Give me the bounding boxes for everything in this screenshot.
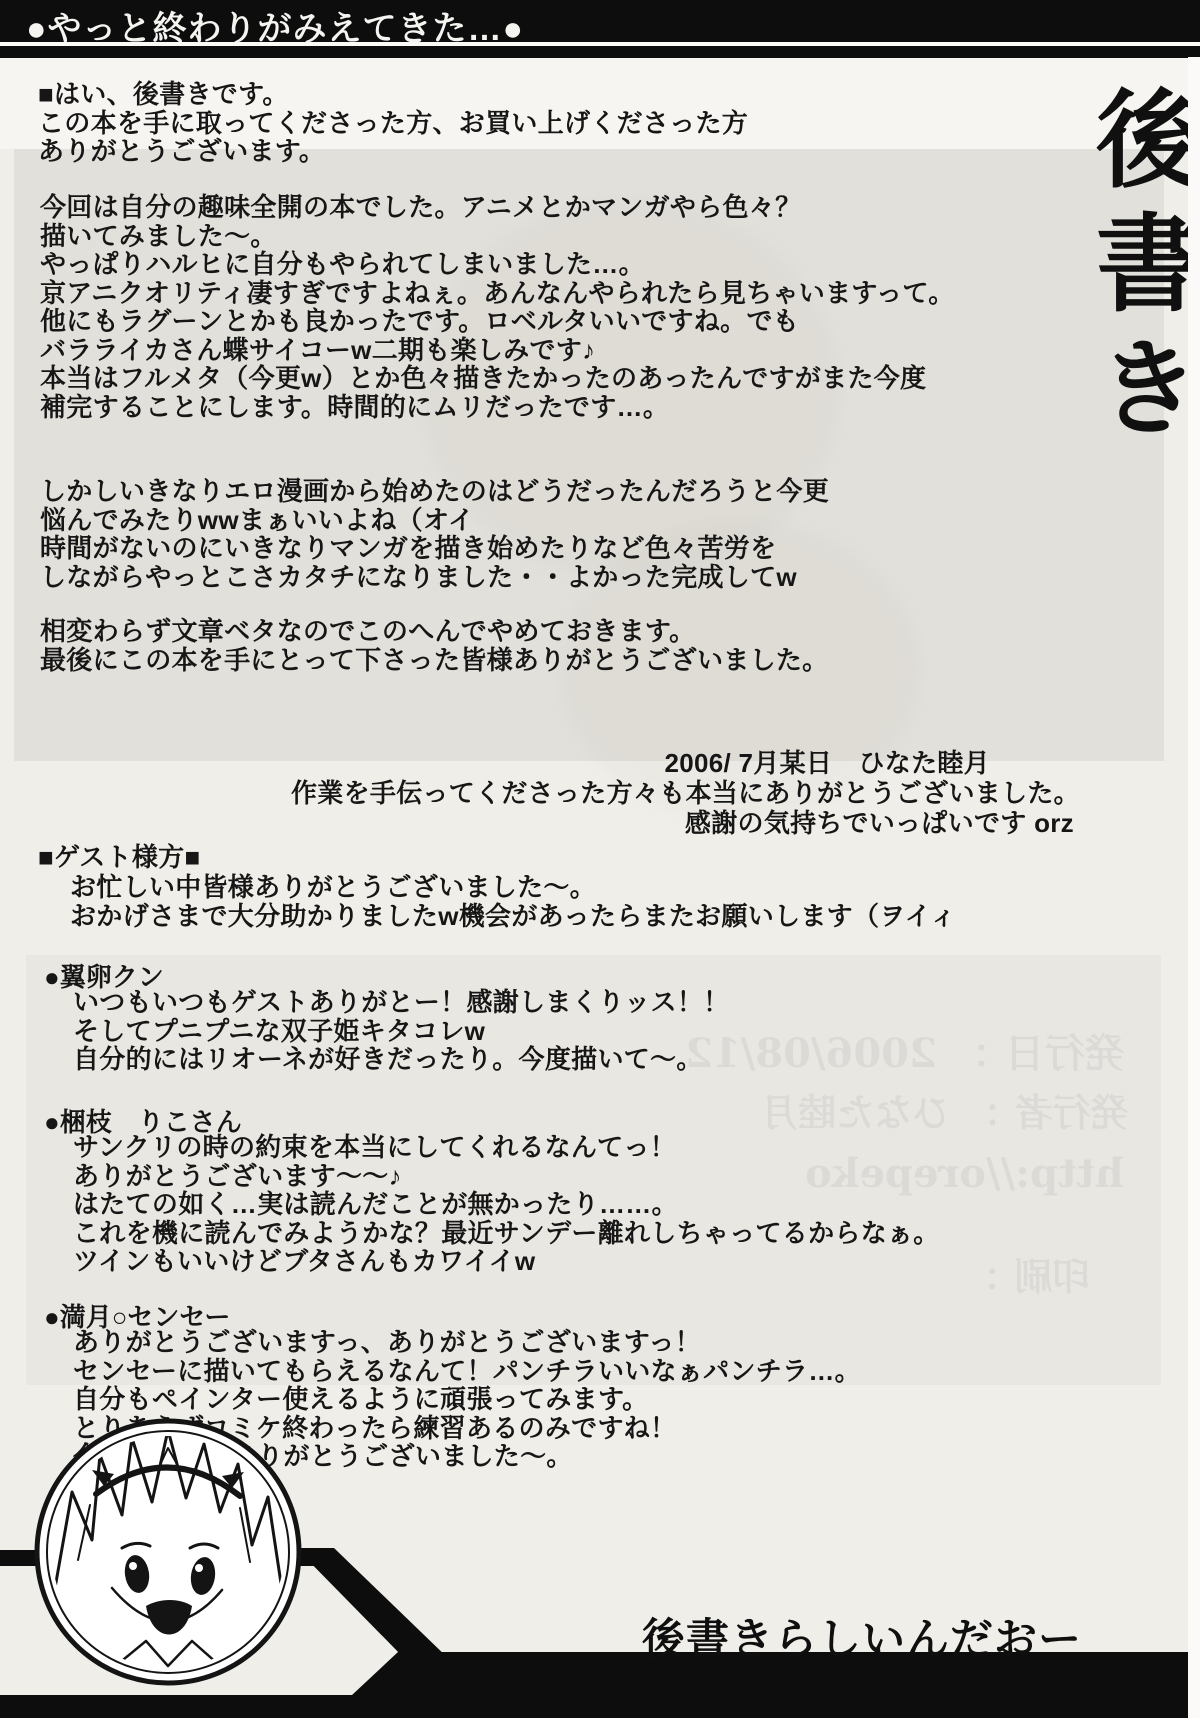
text-line: 自分的にはリオーネが好きだったり。今度描いて～。 bbox=[73, 1045, 729, 1074]
text-line: お忙しい中皆様ありがとうございました～。 bbox=[70, 873, 956, 902]
bleedthrough-text-4: 印刷 ： bbox=[963, 1246, 1090, 1301]
text-line: これを機に読んでみようかな？最近サンデー離れしちゃってるからなぁ。 bbox=[73, 1219, 940, 1248]
page-edge bbox=[1188, 57, 1200, 1718]
text-line: 最後にこの本を手にとって下さった皆様ありがとうございました。 bbox=[40, 646, 828, 675]
side-title-vertical: 後書き bbox=[1076, 84, 1194, 504]
text-line: しかしいきなりエロ漫画から始めたのはどうだったんだろうと今更 bbox=[40, 477, 829, 506]
text-line: バラライカさん蝶サイコーw二期も楽しみです♪ bbox=[40, 336, 955, 365]
text-line: 時間がないのにいきなりマンガを描き始めたりなど色々苦労を bbox=[40, 534, 829, 563]
text-line: ありがとうございます。 bbox=[38, 137, 748, 166]
footer-caption: 後書きらしいんだおー bbox=[642, 1606, 1082, 1667]
signoff-gratitude: 感謝の気持ちでいっぱいです orz bbox=[291, 808, 1074, 838]
text-line: やっぱりハルヒに自分もやられてしまいました…。 bbox=[40, 250, 955, 279]
text-line: 描いてみました～。 bbox=[40, 222, 955, 251]
text-line: この本を手に取ってくださった方、お買い上げくださった方 bbox=[38, 109, 748, 138]
afterword-paragraph-1: ■はい、後書きです。この本を手に取ってくださった方、お買い上げくださった方ありが… bbox=[38, 80, 748, 166]
text-line: はたての如く…実は読んだことが無かったり……。 bbox=[73, 1190, 940, 1219]
text-line: サンクリの時の約束を本当にしてくれるなんてっ！ bbox=[73, 1133, 940, 1162]
text-line: とりあえずコミケ終わったら練習あるのみですね！ bbox=[73, 1414, 861, 1443]
text-line: そしてプニプニな双子姫キタコレw bbox=[73, 1017, 729, 1046]
text-line: センセーに描いてもらえるなんて！パンチラいいなぁパンチラ…。 bbox=[73, 1357, 861, 1386]
text-line: 他にもラグーンとかも良かったです。ロベルタいいですね。でも bbox=[40, 307, 955, 336]
bleedthrough-text-1: 発行日 ： 2006/08/12 bbox=[685, 1022, 1125, 1079]
text-line: 今回は自分の趣味全開の本でした。アニメとかマンガやら色々？ bbox=[40, 193, 955, 222]
bleedthrough-text-2: 発行者 ： ひなた睦月 bbox=[760, 1082, 1128, 1137]
text-line: 相変わらず文章ベタなのでこのへんでやめておきます。 bbox=[40, 617, 828, 646]
text-line: ■はい、後書きです。 bbox=[38, 80, 748, 109]
guests-intro: お忙しい中皆様ありがとうございました～。おかげさまで大分助かりましたw機会があっ… bbox=[70, 873, 956, 930]
signoff-thanks: 作業を手伝ってくださった方々も本当にありがとうございました。 bbox=[291, 778, 1080, 808]
text-line: いつもいつもゲストありがとー！感謝しまくりッス！！ bbox=[73, 988, 729, 1017]
guests-heading-text: ■ゲスト様方■ bbox=[38, 843, 200, 872]
guest-lines-1: いつもいつもゲストありがとー！感謝しまくりッス！！そしてプニプニな双子姫キタコレ… bbox=[73, 988, 729, 1074]
text-line: 本当はフルメタ（今更w）とか色々描きたかったのあったんですがまた今度 bbox=[40, 364, 955, 393]
guest-lines-2: サンクリの時の約束を本当にしてくれるなんてっ！ありがとうございます～～♪はたての… bbox=[73, 1133, 940, 1276]
guest-lines-3: ありがとうございますっ、ありがとうございますっ！センセーに描いてもらえるなんて！… bbox=[73, 1328, 861, 1471]
signoff-date-author: 2006/ 7月某日 ひなた睦月 bbox=[291, 748, 990, 778]
afterword-paragraph-2: 今回は自分の趣味全開の本でした。アニメとかマンガやら色々？描いてみました～。やっ… bbox=[40, 193, 955, 421]
guests-heading: ■ゲスト様方■ bbox=[38, 843, 200, 872]
text-line: ありがとうございます～～♪ bbox=[73, 1162, 940, 1191]
text-line: しながらやっとこさカタチになりました・・よかった完成してw bbox=[40, 563, 829, 592]
afterword-paragraph-3: しかしいきなりエロ漫画から始めたのはどうだったんだろうと今更悩んでみたりwwまぁ… bbox=[40, 477, 829, 591]
text-line: 悩んでみたりwwまぁいいよね（オイ bbox=[40, 506, 829, 535]
text-line: ありがとうございますっ、ありがとうございますっ！ bbox=[73, 1328, 861, 1357]
scanned-afterword-page: ●やっと終わりがみえてきた…● 後書き ■はい、後書きです。この本を手に取ってく… bbox=[0, 0, 1200, 1718]
text-line: 京アニクオリティ凄すぎですよねぇ。あんなんやられたら見ちゃいますって。 bbox=[40, 279, 955, 308]
signoff-block: 2006/ 7月某日 ひなた睦月 作業を手伝ってくださった方々も本当にありがとう… bbox=[291, 748, 1080, 838]
footer-stripe-thin bbox=[0, 1550, 352, 1566]
text-line: 補完することにします。時間的にムリだったです…。 bbox=[40, 393, 955, 422]
text-line: 自分もペインター使えるように頑張ってみます。 bbox=[73, 1385, 861, 1414]
footer-stripe-diagonal bbox=[296, 1548, 450, 1660]
afterword-paragraph-4: 相変わらず文章ベタなのでこのへんでやめておきます。最後にこの本を手にとって下さっ… bbox=[40, 617, 828, 674]
text-line: おかげさまで大分助かりましたw機会があったらまたお願いします（ヲイィ bbox=[70, 902, 956, 931]
text-line: ツインもいいけどブタさんもカワイイw bbox=[73, 1247, 940, 1276]
page-header-title: ●やっと終わりがみえてきた…● bbox=[26, 1, 524, 50]
text-line: 今回は本当にありがとうございました～。 bbox=[73, 1442, 861, 1471]
